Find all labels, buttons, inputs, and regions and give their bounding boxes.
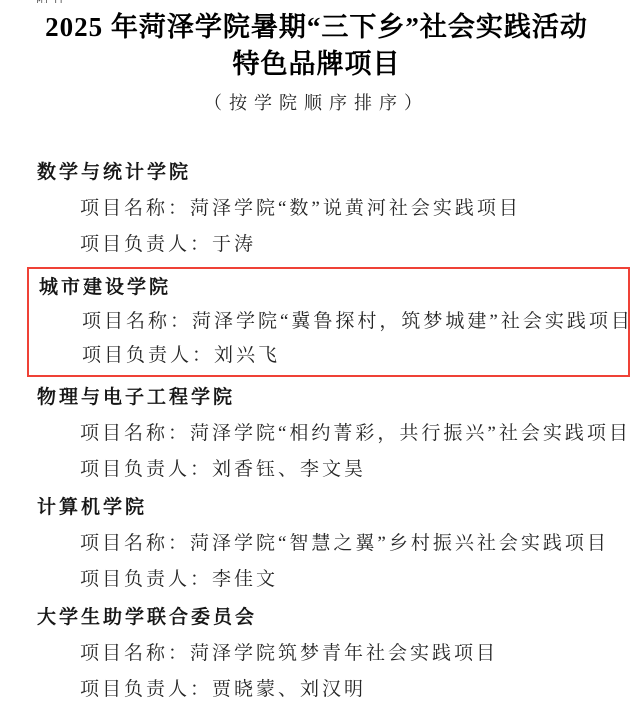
college-name: 物理与电子工程学院: [37, 380, 633, 416]
red-highlight-box: 城市建设学院 项目名称：菏泽学院“冀鲁探村，筑梦城建”社会实践项目 项目负责人：…: [27, 267, 630, 377]
project-leader-line: 项目负责人：刘兴飞: [39, 339, 628, 373]
sections-list: 数学与统计学院 项目名称：菏泽学院“数”说黄河社会实践项目 项目负责人：于涛 城…: [0, 155, 633, 706]
college-name: 城市建设学院: [39, 271, 628, 305]
project-name-line: 项目名称：菏泽学院“相约菁彩，共行振兴”社会实践项目: [37, 416, 633, 452]
clipped-attachment-label: 附件: [36, 0, 70, 3]
section-urban-construction: 城市建设学院 项目名称：菏泽学院“冀鲁探村，筑梦城建”社会实践项目 项目负责人：…: [29, 271, 628, 373]
document-subtitle: （按学院顺序排序）: [0, 91, 633, 115]
project-leader-line: 项目负责人：刘香钰、李文昊: [37, 452, 633, 488]
section-math-statistics: 数学与统计学院 项目名称：菏泽学院“数”说黄河社会实践项目 项目负责人：于涛: [0, 155, 633, 263]
project-leader-line: 项目负责人：贾晓蒙、刘汉明: [37, 672, 633, 706]
college-name: 数学与统计学院: [37, 155, 633, 191]
title-line-1: 2025 年菏泽学院暑期“三下乡”社会实践活动: [0, 9, 633, 46]
project-name-line: 项目名称：菏泽学院筑梦青年社会实践项目: [37, 636, 633, 672]
project-leader-line: 项目负责人：李佳文: [37, 562, 633, 598]
project-name-line: 项目名称：菏泽学院“数”说黄河社会实践项目: [37, 191, 633, 227]
college-name: 计算机学院: [37, 490, 633, 526]
section-student-aid-committee: 大学生助学联合委员会 项目名称：菏泽学院筑梦青年社会实践项目 项目负责人：贾晓蒙…: [0, 600, 633, 706]
project-name-line: 项目名称：菏泽学院“智慧之翼”乡村振兴社会实践项目: [37, 526, 633, 562]
section-computer-science: 计算机学院 项目名称：菏泽学院“智慧之翼”乡村振兴社会实践项目 项目负责人：李佳…: [0, 490, 633, 598]
section-physics-electronics: 物理与电子工程学院 项目名称：菏泽学院“相约菁彩，共行振兴”社会实践项目 项目负…: [0, 380, 633, 488]
title-line-2: 特色品牌项目: [0, 46, 633, 83]
college-name: 大学生助学联合委员会: [37, 600, 633, 636]
document-title: 2025 年菏泽学院暑期“三下乡”社会实践活动 特色品牌项目 （按学院顺序排序）: [0, 0, 633, 115]
project-name-line: 项目名称：菏泽学院“冀鲁探村，筑梦城建”社会实践项目: [39, 305, 628, 339]
document-page: 附件 2025 年菏泽学院暑期“三下乡”社会实践活动 特色品牌项目 （按学院顺序…: [0, 0, 633, 706]
project-leader-line: 项目负责人：于涛: [37, 227, 633, 263]
